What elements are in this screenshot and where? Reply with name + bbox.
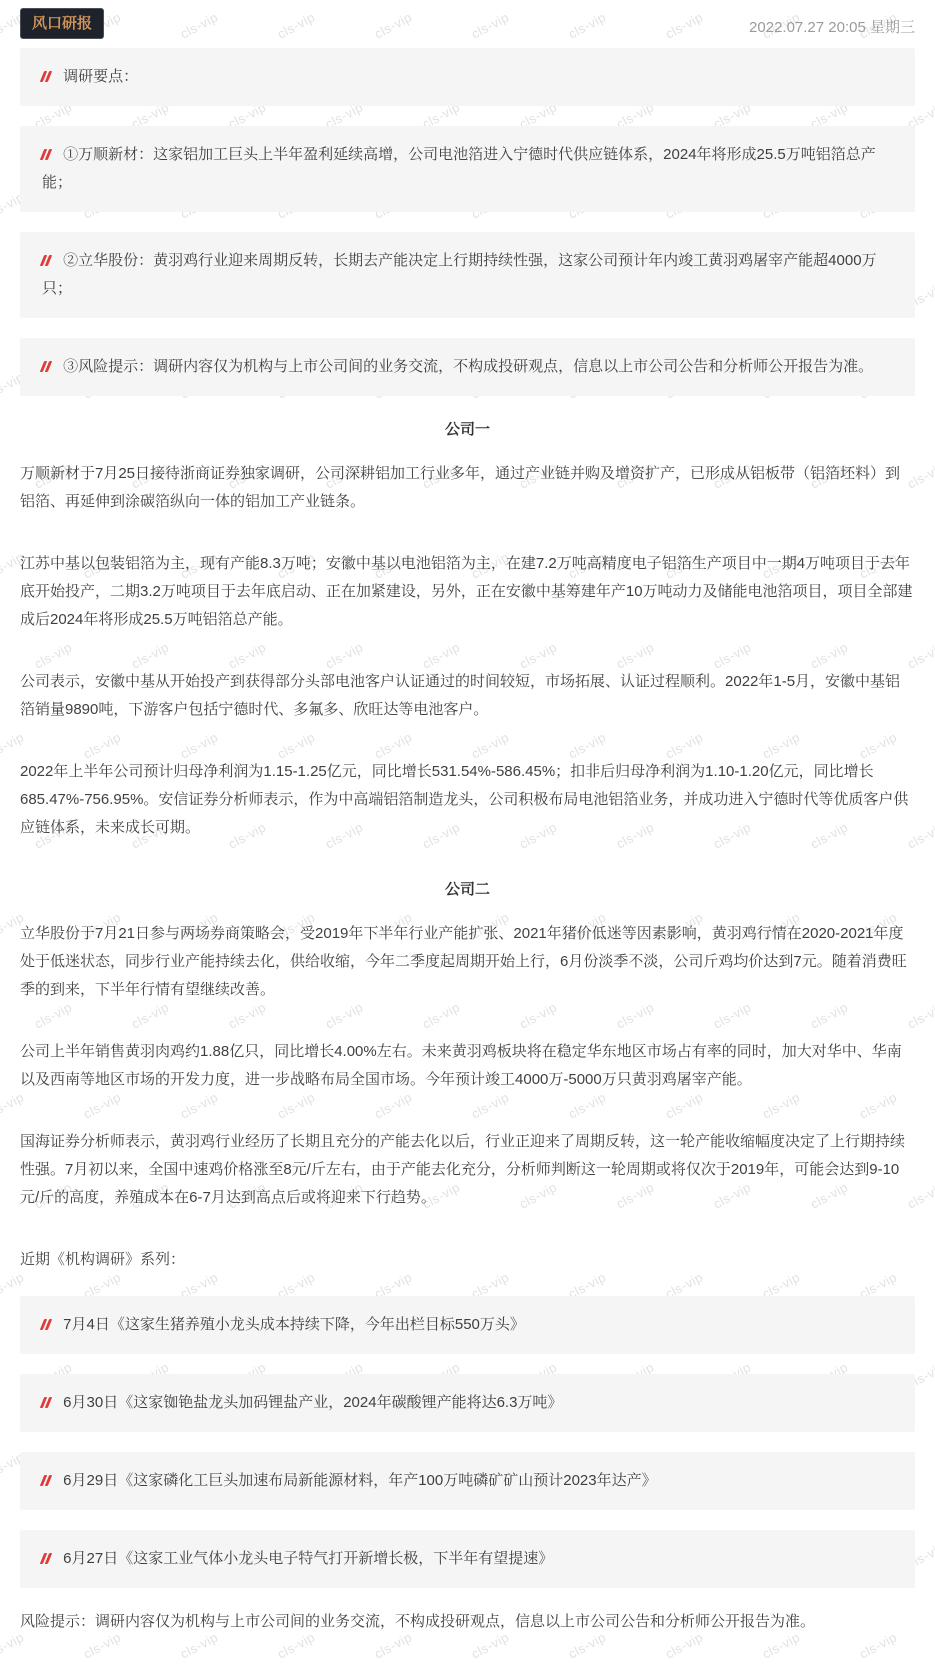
highlight-text: 调研要点： bbox=[63, 68, 138, 85]
quote-icon bbox=[42, 1397, 50, 1408]
highlight-block-company-two: ②立华股份：黄羽鸡行业迎来周期反转，长期去产能决定上行期持续性强，这家公司预计年… bbox=[20, 232, 915, 318]
company-one-paragraph: 公司表示，安徽中基从开始投产到获得部分头部电池客户认证通过的时间较短，市场拓展、… bbox=[20, 668, 915, 724]
highlight-text: ①万顺新材：这家铝加工巨头上半年盈利延续高增，公司电池箔进入宁德时代供应链体系，… bbox=[42, 146, 876, 191]
section-heading-company-one: 公司一 bbox=[20, 416, 915, 444]
header: 风口研报 2022.07.27 20:05 星期三 bbox=[20, 0, 915, 48]
quote-icon bbox=[42, 71, 50, 82]
footer-disclaimer: 风险提示：调研内容仅为机构与上市公司间的业务交流，不构成投研观点，信息以上市公司… bbox=[20, 1608, 915, 1636]
quote-icon bbox=[42, 149, 50, 160]
quote-icon bbox=[42, 1553, 50, 1564]
series-item-title: 7月4日《这家生猪养殖小龙头成本持续下降，今年出栏目标550万头》 bbox=[63, 1316, 525, 1333]
quote-icon bbox=[42, 255, 50, 266]
publish-datetime: 2022.07.27 20:05 星期三 bbox=[749, 16, 915, 37]
series-intro: 近期《机构调研》系列： bbox=[20, 1246, 915, 1274]
quote-icon bbox=[42, 1319, 50, 1330]
company-one-paragraph: 江苏中基以包装铝箔为主，现有产能8.3万吨；安徽中基以电池铝箔为主，在建7.2万… bbox=[20, 550, 915, 634]
series-item[interactable]: 6月27日《这家工业气体小龙头电子特气打开新增长极，下半年有望提速》 bbox=[20, 1530, 915, 1588]
article-content: 风口研报 2022.07.27 20:05 星期三 调研要点： ①万顺新材：这家… bbox=[0, 0, 935, 1636]
article-page: cls-vipcls-vipcls-vipcls-vipcls-vipcls-v… bbox=[0, 0, 935, 1680]
report-badge: 风口研报 bbox=[20, 8, 104, 39]
series-item-title: 6月29日《这家磷化工巨头加速布局新能源材料，年产100万吨磷矿矿山预计2023… bbox=[63, 1472, 656, 1489]
series-item[interactable]: 6月29日《这家磷化工巨头加速布局新能源材料，年产100万吨磷矿矿山预计2023… bbox=[20, 1452, 915, 1510]
section-heading-company-two: 公司二 bbox=[20, 876, 915, 904]
highlight-text: ③风险提示：调研内容仅为机构与上市公司间的业务交流，不构成投研观点，信息以上市公… bbox=[63, 358, 873, 375]
highlight-block-risk: ③风险提示：调研内容仅为机构与上市公司间的业务交流，不构成投研观点，信息以上市公… bbox=[20, 338, 915, 396]
quote-icon bbox=[42, 361, 50, 372]
company-one-paragraph: 万顺新材于7月25日接待浙商证券独家调研，公司深耕铝加工行业多年，通过产业链并购… bbox=[20, 460, 915, 516]
company-two-paragraph: 国海证券分析师表示，黄羽鸡行业经历了长期且充分的产能去化以后，行业正迎来了周期反… bbox=[20, 1128, 915, 1212]
highlight-block-company-one: ①万顺新材：这家铝加工巨头上半年盈利延续高增，公司电池箔进入宁德时代供应链体系，… bbox=[20, 126, 915, 212]
company-two-paragraph: 公司上半年销售黄羽肉鸡约1.88亿只，同比增长4.00%左右。未来黄羽鸡板块将在… bbox=[20, 1038, 915, 1094]
company-two-paragraph: 立华股份于7月21日参与两场券商策略会，受2019年下半年行业产能扩张、2021… bbox=[20, 920, 915, 1004]
highlight-text: ②立华股份：黄羽鸡行业迎来周期反转，长期去产能决定上行期持续性强，这家公司预计年… bbox=[42, 252, 877, 297]
company-one-paragraph: 2022年上半年公司预计归母净利润为1.15-1.25亿元，同比增长531.54… bbox=[20, 758, 915, 842]
series-item-title: 6月27日《这家工业气体小龙头电子特气打开新增长极，下半年有望提速》 bbox=[63, 1550, 553, 1567]
quote-icon bbox=[42, 1475, 50, 1486]
series-item[interactable]: 7月4日《这家生猪养殖小龙头成本持续下降，今年出栏目标550万头》 bbox=[20, 1296, 915, 1354]
series-item-title: 6月30日《这家铷铯盐龙头加码锂盐产业，2024年碳酸锂产能将达6.3万吨》 bbox=[63, 1394, 562, 1411]
series-item[interactable]: 6月30日《这家铷铯盐龙头加码锂盐产业，2024年碳酸锂产能将达6.3万吨》 bbox=[20, 1374, 915, 1432]
highlight-block-summary: 调研要点： bbox=[20, 48, 915, 106]
